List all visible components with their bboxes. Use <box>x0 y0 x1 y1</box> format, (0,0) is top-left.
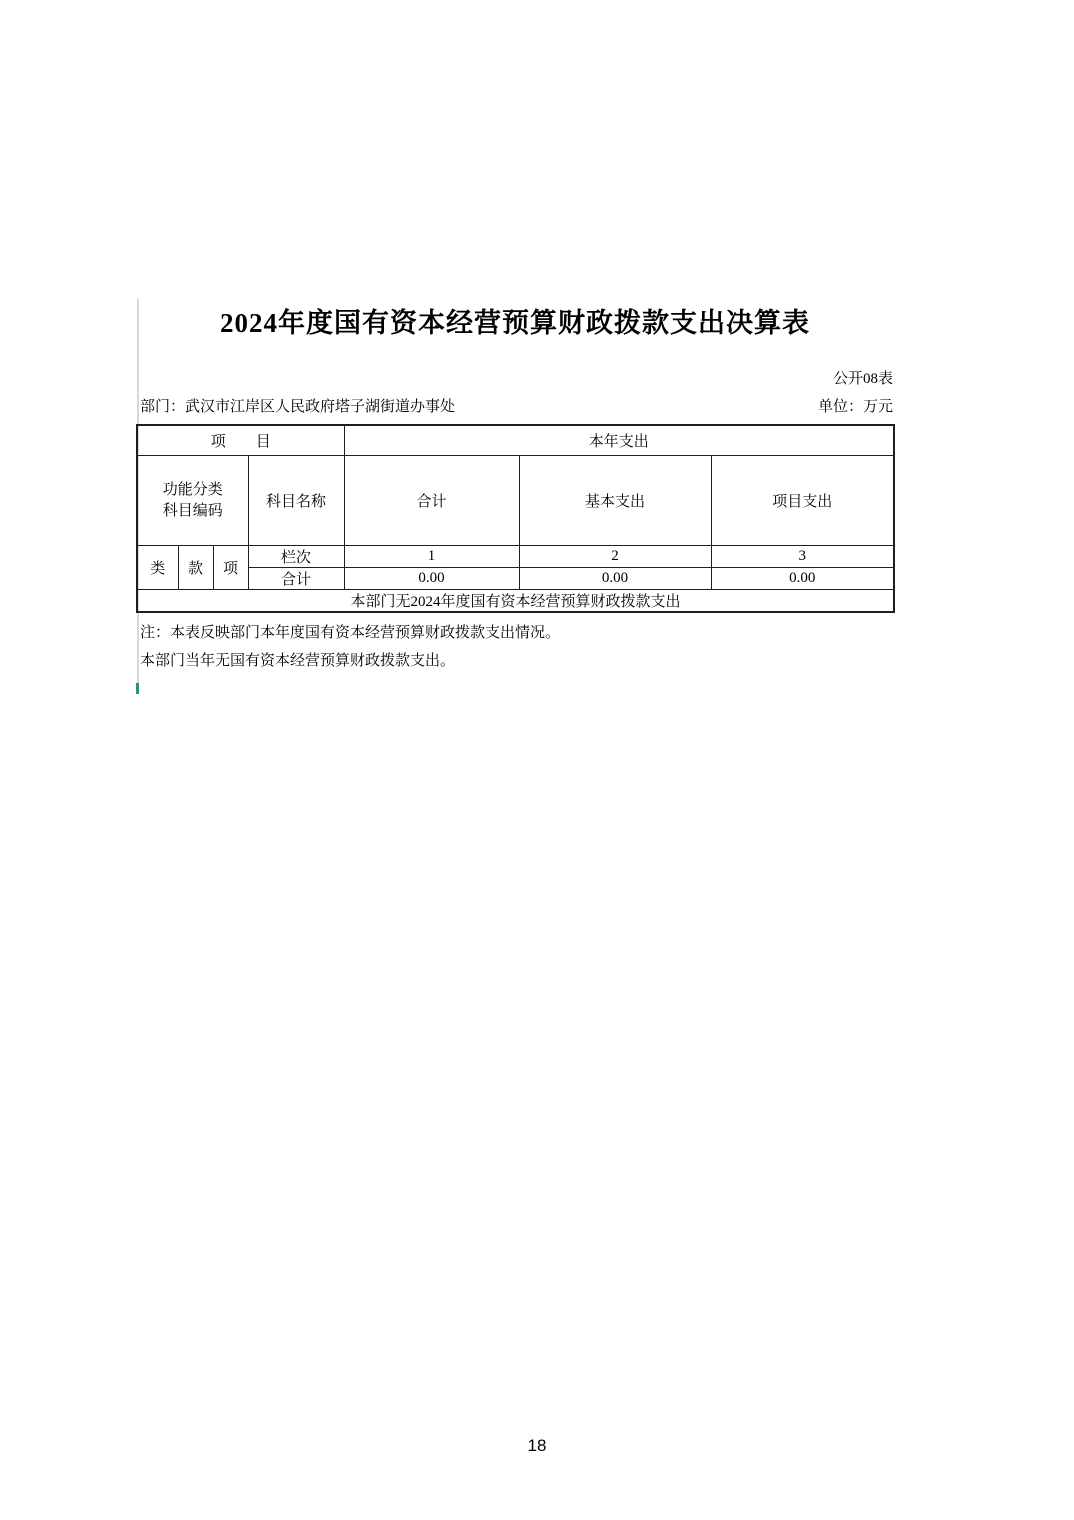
no-expense-row: 本部门无2024年度国有资本经营预算财政拨款支出 <box>137 590 894 613</box>
note-line-1: 注：本表反映部门本年度国有资本经营预算财政拨款支出情况。 <box>140 624 894 642</box>
header-total: 合计 <box>344 456 519 546</box>
header-subject-name: 科目名称 <box>248 456 344 546</box>
total-value-3: 0.00 <box>711 568 894 590</box>
document-content: 2024年度国有资本经营预算财政拨款支出决算表 公开08表 部门：武汉市江岸区人… <box>136 300 894 680</box>
header-section: 款 <box>178 546 213 590</box>
header-basic-expense: 基本支出 <box>519 456 711 546</box>
note-line-2: 本部门当年无国有资本经营预算财政拨款支出。 <box>140 652 894 670</box>
column-index-1: 1 <box>344 546 519 568</box>
total-row-label: 合计 <box>248 568 344 590</box>
column-index-3: 3 <box>711 546 894 568</box>
total-row: 合计 0.00 0.00 0.00 <box>137 568 894 590</box>
unit-label: 单位：万元 <box>818 398 893 416</box>
total-value-1: 0.00 <box>344 568 519 590</box>
header-current-year-expense: 本年支出 <box>344 425 894 456</box>
notes-block: 注：本表反映部门本年度国有资本经营预算财政拨款支出情况。 本部门当年无国有资本经… <box>136 624 894 670</box>
header-item-group: 项 目 <box>137 425 344 456</box>
header-project-expense: 项目支出 <box>711 456 894 546</box>
page-title: 2024年度国有资本经营预算财政拨款支出决算表 <box>136 306 894 340</box>
column-index-row: 类 款 项 栏次 1 2 3 <box>137 546 894 568</box>
column-index-2: 2 <box>519 546 711 568</box>
table-header-row-1: 项 目 本年支出 <box>137 425 894 456</box>
no-expense-note: 本部门无2024年度国有资本经营预算财政拨款支出 <box>137 590 894 613</box>
table-code: 公开08表 <box>136 370 894 388</box>
budget-table: 项 目 本年支出 功能分类 科目编码 科目名称 合计 基本支出 项目支出 类 款… <box>136 424 895 613</box>
header-item: 项 <box>213 546 248 590</box>
table-header-row-2: 功能分类 科目编码 科目名称 合计 基本支出 项目支出 <box>137 456 894 546</box>
cursor-selection-mark <box>136 683 139 694</box>
page-number: 18 <box>0 1436 1074 1456</box>
header-func-code: 功能分类 科目编码 <box>137 456 248 546</box>
meta-row: 部门：武汉市江岸区人民政府塔子湖街道办事处 单位：万元 <box>136 398 894 416</box>
total-value-2: 0.00 <box>519 568 711 590</box>
column-index-label: 栏次 <box>248 546 344 568</box>
header-class: 类 <box>137 546 178 590</box>
department-label: 部门：武汉市江岸区人民政府塔子湖街道办事处 <box>140 398 455 416</box>
document-page: 2024年度国有资本经营预算财政拨款支出决算表 公开08表 部门：武汉市江岸区人… <box>0 0 1074 1520</box>
